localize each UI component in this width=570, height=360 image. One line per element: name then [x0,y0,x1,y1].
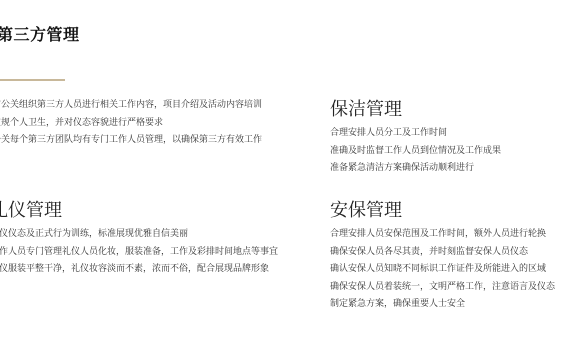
list-item: 准确及时监督工作人员到位情况及工作成果 [330,143,501,161]
etiquette-list: 礼仪仪态及正式行为训练，标准展现优雅自信美丽 工作人员专门管理礼仪人员化妆，服装… [0,226,278,279]
cleaning-section: 保洁管理 合理安排人员分工及工作时间 准确及时监督工作人员到位情况及工作成果 准… [330,98,501,178]
list-item: 合理安排人员分工及工作时间 [330,125,501,143]
page-title: 第三方管理 [0,22,80,45]
list-item: 公关每个第三方团队均有专门工作人员管理，以确保第三方有效工作 [0,132,262,150]
list-item: 制定紧急方案，确保重要人士安全 [330,296,555,314]
section-heading: 礼仪管理 [0,199,278,223]
list-item: 工作人员专门管理礼仪人员化妆，服装准备，工作及彩排时间地点等事宜 [0,244,278,262]
security-list: 合理安排人员安保范围及工作时间，额外人员进行轮换 确保安保人员各尽其责，并时刻监… [330,226,555,314]
list-item: 重规个人卫生，并对仪态容貌进行严格要求 [0,115,262,133]
intro-list: 前公关组织第三方人员进行相关工作内容，项目介绍及活动内容培训 重规个人卫生，并对… [0,97,262,150]
security-section: 安保管理 合理安排人员安保范围及工作时间，额外人员进行轮换 确保安保人员各尽其责… [330,199,555,314]
section-heading: 保洁管理 [330,98,501,122]
list-item: 礼仪服装平整干净，礼仪妆容淡而不素，浓而不俗，配合展现品牌形象 [0,261,278,279]
list-item: 前公关组织第三方人员进行相关工作内容，项目介绍及活动内容培训 [0,97,262,115]
list-item: 准备紧急清洁方案确保活动顺利进行 [330,160,501,178]
list-item: 确认安保人员知晓不同标识工作证件及所能进入的区域 [330,261,555,279]
list-item: 确保安保人员各尽其责，并时刻监督安保人员仪态 [330,244,555,262]
section-heading: 安保管理 [330,199,555,223]
list-item: 确保安保人员着装统一，文明严格工作，注意语言及仪态 [330,279,555,297]
etiquette-section: 礼仪管理 礼仪仪态及正式行为训练，标准展现优雅自信美丽 工作人员专门管理礼仪人员… [0,199,278,279]
list-item: 礼仪仪态及正式行为训练，标准展现优雅自信美丽 [0,226,278,244]
intro-section: 前公关组织第三方人员进行相关工作内容，项目介绍及活动内容培训 重规个人卫生，并对… [0,97,262,150]
accent-divider [0,79,65,81]
cleaning-list: 合理安排人员分工及工作时间 准确及时监督工作人员到位情况及工作成果 准备紧急清洁… [330,125,501,178]
list-item: 合理安排人员安保范围及工作时间，额外人员进行轮换 [330,226,555,244]
